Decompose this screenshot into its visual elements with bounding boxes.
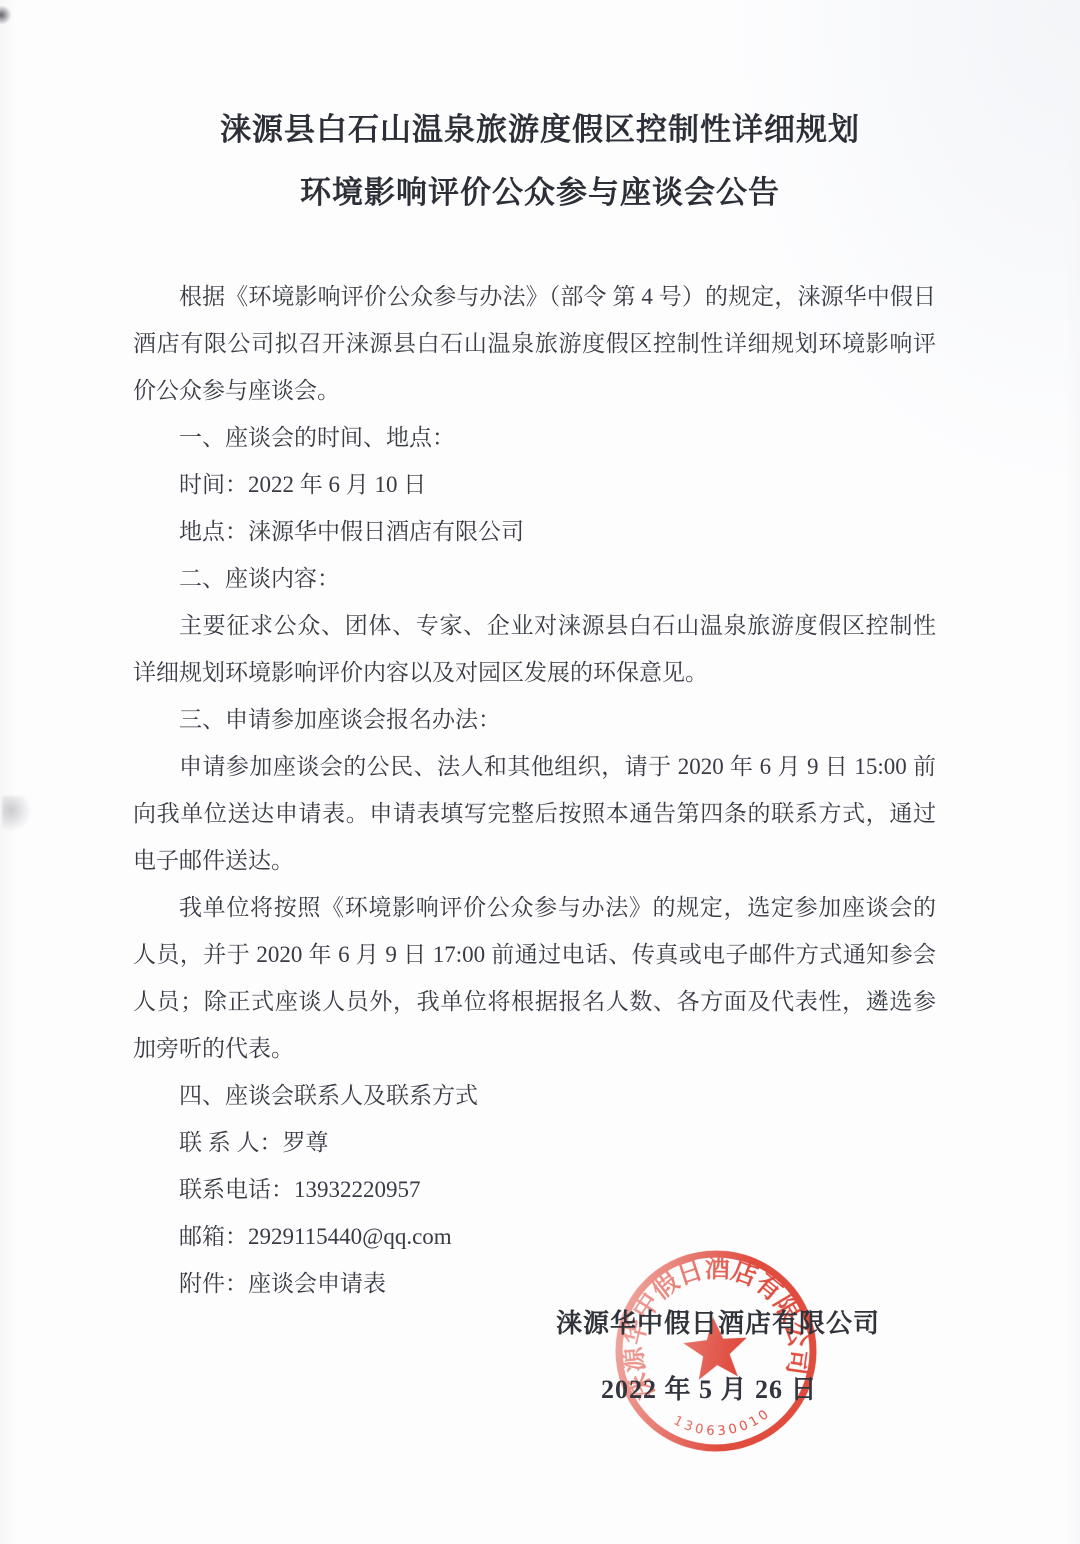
- paragraph-application-method: 申请参加座谈会的公民、法人和其他组织，请于 2020 年 6 月 9 日 15:…: [133, 743, 936, 884]
- paragraph-selection-notice: 我单位将按照《环境影响评价公众参与办法》的规定，选定参加座谈会的人员，并于 20…: [133, 884, 936, 1072]
- paragraph-contact-email: 邮箱：2929115440@qq.com: [133, 1213, 936, 1260]
- title-line-2: 环境影响评价公众参与座谈会公告: [0, 175, 1080, 211]
- paragraph-section1-heading: 一、座谈会的时间、地点：: [133, 414, 936, 461]
- stamp-svg: 涞源华中假日酒店有限公司 1306300101478: [600, 1235, 832, 1467]
- document-title: 涞源县白石山温泉旅游度假区控制性详细规划 环境影响评价公众参与座谈会公告: [0, 112, 1080, 238]
- document-page: 涞源县白石山温泉旅游度假区控制性详细规划 环境影响评价公众参与座谈会公告 根据《…: [0, 0, 1080, 1544]
- title-line-1: 涞源县白石山温泉旅游度假区控制性详细规划: [0, 112, 1080, 148]
- paper-smudge: [2, 796, 32, 832]
- signature-company: 涞源华中假日酒店有限公司: [556, 1303, 880, 1340]
- paragraph-contact-person: 联 系 人：罗尊: [133, 1119, 936, 1166]
- paragraph-contact-phone: 联系电话：13932220957: [133, 1166, 936, 1213]
- paragraph-intro: 根据《环境影响评价公众参与办法》（部令 第 4 号）的规定，涞源华中假日酒店有限…: [133, 273, 936, 414]
- paragraph-section3-heading: 三、申请参加座谈会报名办法：: [133, 696, 936, 743]
- official-seal-stamp: 涞源华中假日酒店有限公司 1306300101478: [600, 1235, 832, 1467]
- paragraph-section4-heading: 四、座谈会联系人及联系方式: [133, 1072, 936, 1119]
- paragraph-meeting-time: 时间：2022 年 6 月 10 日: [133, 461, 936, 508]
- signature-date: 2022 年 5 月 26 日: [601, 1369, 818, 1406]
- paper-edge-mark: [0, 6, 11, 24]
- paragraph-meeting-content: 主要征求公众、团体、专家、企业对涞源县白石山温泉旅游度假区控制性详细规划环境影响…: [133, 602, 936, 696]
- paragraph-meeting-place: 地点：涞源华中假日酒店有限公司: [133, 508, 936, 555]
- document-body: 根据《环境影响评价公众参与办法》（部令 第 4 号）的规定，涞源华中假日酒店有限…: [133, 273, 936, 1307]
- paragraph-section2-heading: 二、座谈内容：: [133, 555, 936, 602]
